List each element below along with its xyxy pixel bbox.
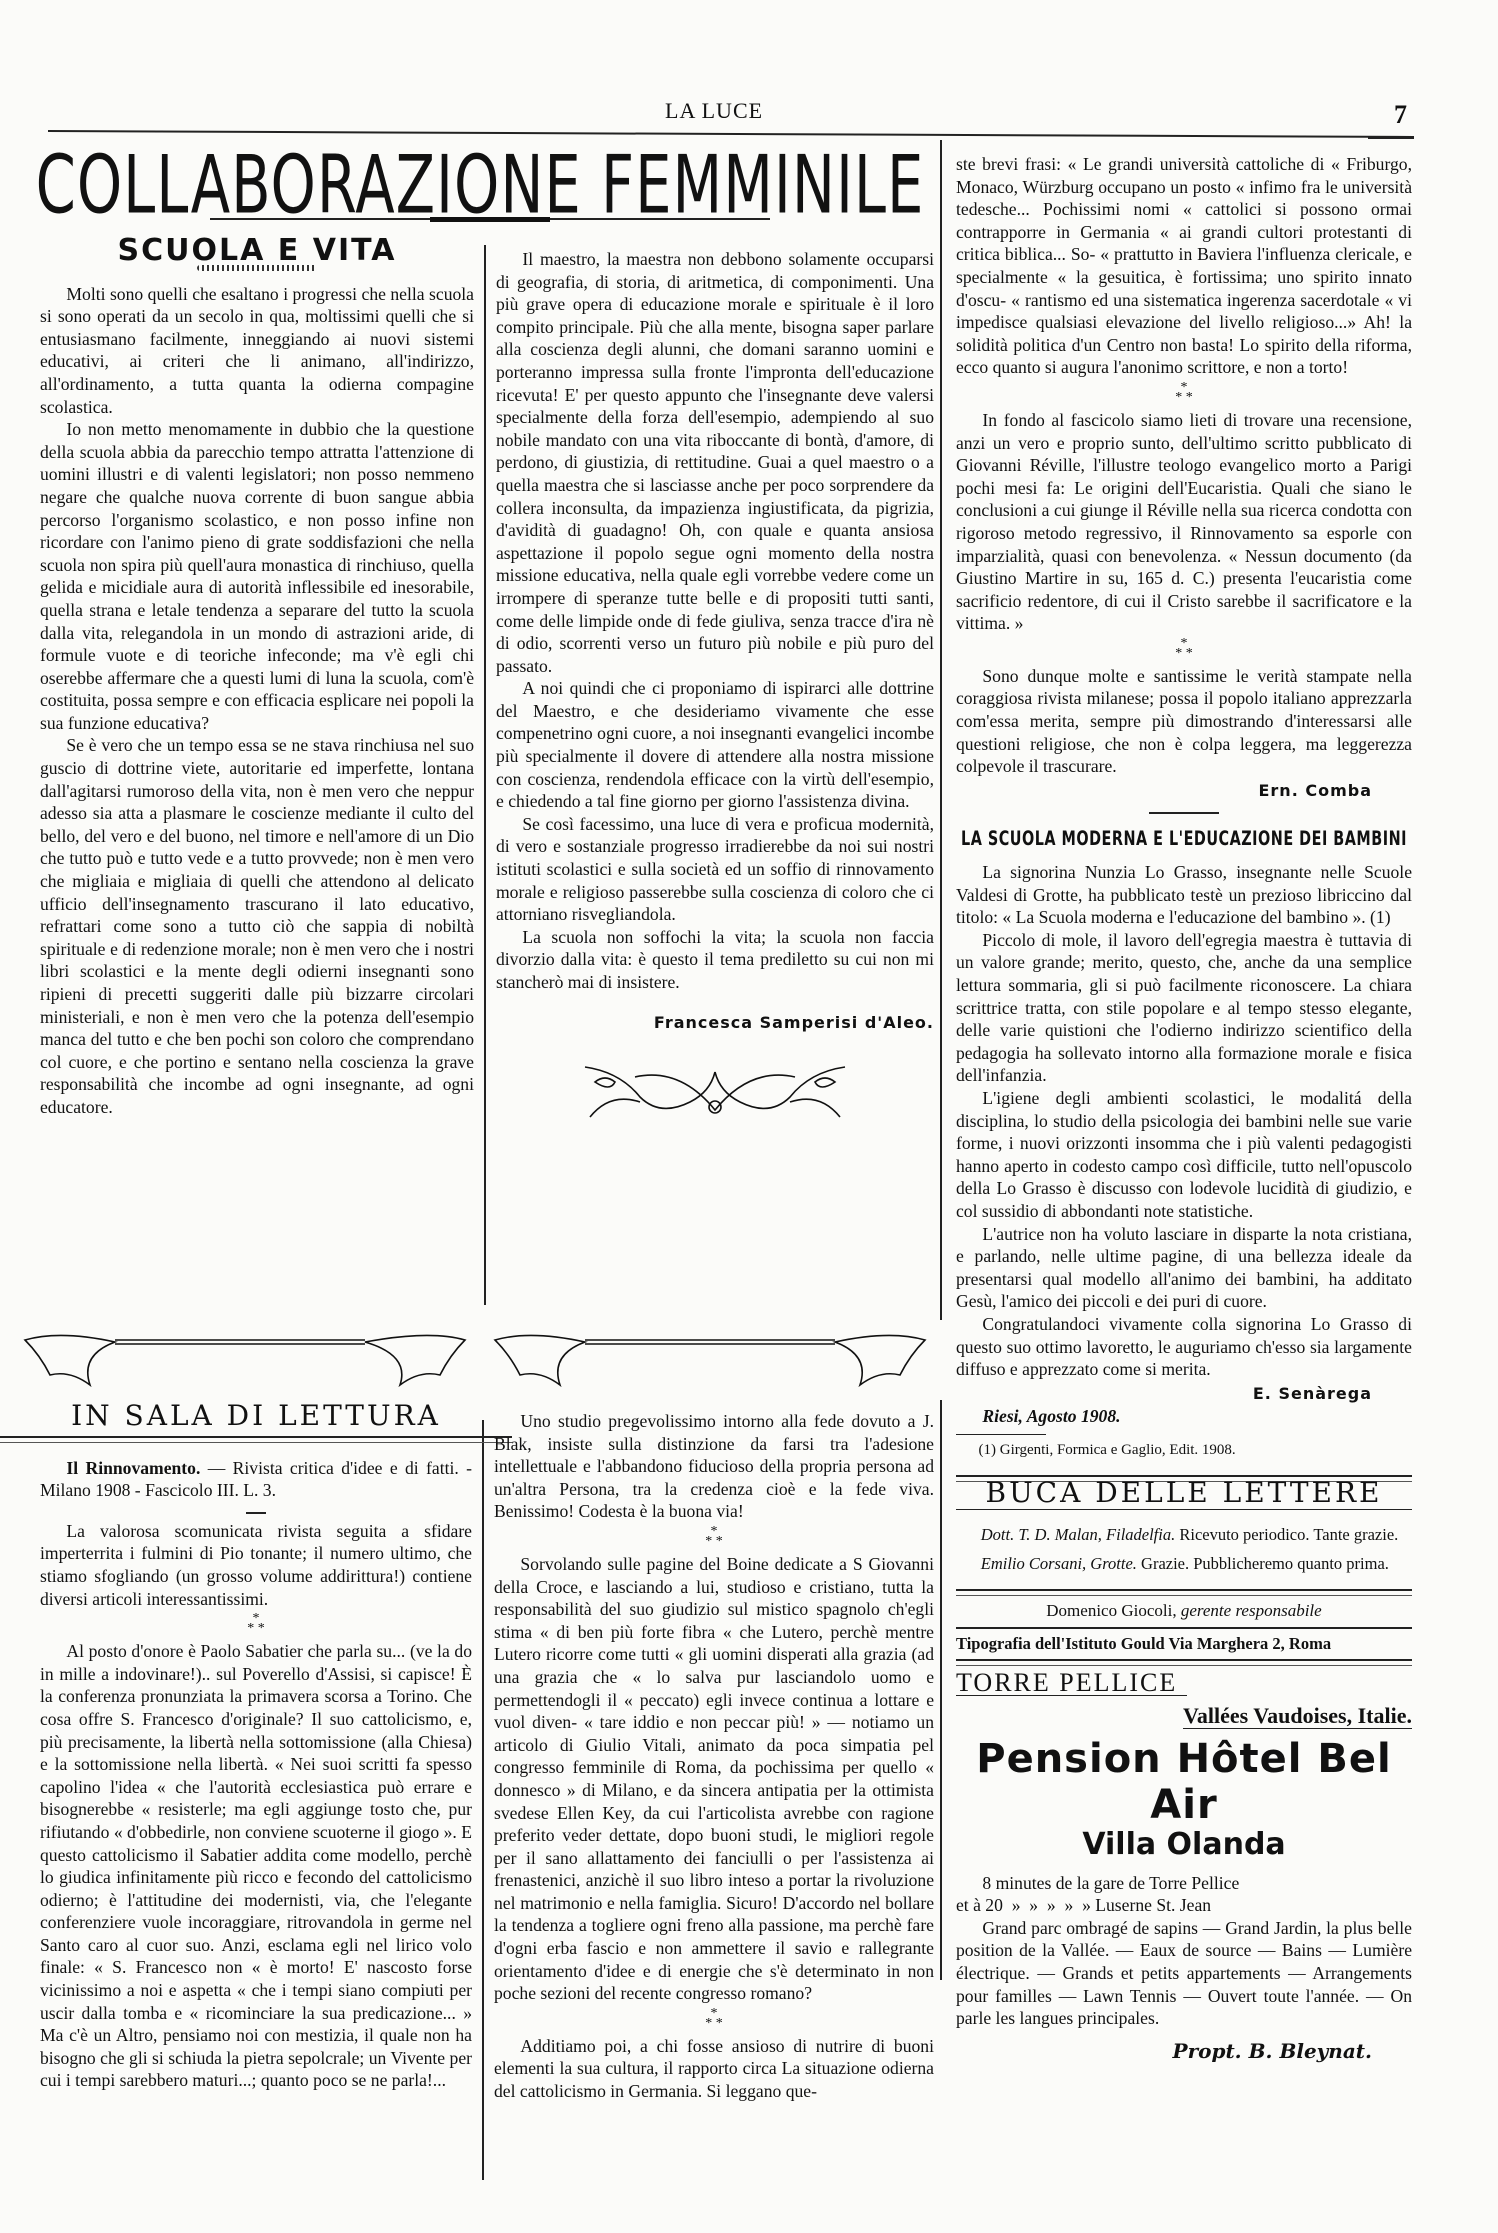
right-column: ste brevi frasi: « Le grandi università … xyxy=(956,153,1412,2062)
asterism-icon: ** * xyxy=(956,639,1412,659)
running-head: LA LUCE 7 xyxy=(0,92,1498,132)
paragraph: ste brevi frasi: « Le grandi università … xyxy=(956,153,1412,379)
paragraph: Il maestro, la maestra non debbono solam… xyxy=(496,248,934,677)
ad-location: TORRE PELLICE xyxy=(956,1672,1187,1696)
section-title-sala-lettura: IN SALA DI LETTURA xyxy=(40,1405,472,1428)
paragraph: A noi quindi che ci proponiamo di ispira… xyxy=(496,677,934,813)
double-rule xyxy=(0,1436,512,1443)
footnote-rule xyxy=(956,1434,1046,1435)
review-heading: Il Rinnovamento. — Rivista critica d'ide… xyxy=(40,1457,472,1502)
short-rule xyxy=(1149,812,1219,814)
paragraph: Uno studio pregevolissimo intorno alla f… xyxy=(494,1410,934,1523)
paragraph: Piccolo di mole, il lavoro dell'egregia … xyxy=(956,929,1412,1087)
newspaper-title: LA LUCE xyxy=(665,98,763,124)
article-title: SCUOLA E VITA xyxy=(40,240,474,263)
ad-description: Grand parc ombragé de sapins — Grand Jar… xyxy=(956,1917,1412,2030)
asterism-icon: ** * xyxy=(40,1614,472,1634)
asterism-icon: ** * xyxy=(494,2009,934,2029)
colophon-printer: Tipografia dell'Istituto Gould Via Margh… xyxy=(956,1633,1412,1656)
paragraph: L'igiene degli ambienti scolastici, le m… xyxy=(956,1087,1412,1223)
floral-ornament-icon xyxy=(496,1062,934,1122)
place-date: Riesi, Agosto 1908. xyxy=(956,1405,1412,1428)
paragraph: Additiamo poi, a chi fosse ansioso di nu… xyxy=(494,2035,934,2103)
sala-lettura-col2: Uno studio pregevolissimo intorno alla f… xyxy=(494,1410,934,2103)
article-scuola-e-vita-col1: SCUOLA E VITA Molti sono quelli che esal… xyxy=(40,240,474,1119)
ad-distance: et à 20 » » » » » Luserne St. Jean xyxy=(956,1894,1412,1917)
column-divider xyxy=(484,245,486,1305)
column-divider xyxy=(940,1400,942,1980)
ad-distance: 8 minutes de la gare de Torre Pellice xyxy=(956,1872,1412,1895)
double-rule xyxy=(956,1659,1412,1666)
paragraph: Congratulandoci vivamente colla signorin… xyxy=(956,1313,1412,1381)
article-title: LA SCUOLA MODERNA E L'EDUCAZIONE DEI BAM… xyxy=(956,826,1412,853)
ad-region: Vallées Vaudoises, Italie. xyxy=(956,1705,1412,1728)
colophon-manager: Domenico Giocoli, gerente responsabile xyxy=(956,1600,1412,1623)
paragraph: La valorosa scomunicata rivista seguita … xyxy=(40,1520,472,1610)
paragraph: Al posto d'onore è Paolo Sabatier che pa… xyxy=(40,1640,472,2092)
author-signature: Francesca Samperisi d'Aleo. xyxy=(496,1012,934,1035)
asterism-icon: ** * xyxy=(956,383,1412,403)
section-title-buca-lettere: BUCA DELLE LETTERE xyxy=(956,1482,1412,1505)
paragraph: Sorvolando sulle pagine del Boine dedica… xyxy=(494,1553,934,2005)
footnote: (1) Girgenti, Formica e Gaglio, Edit. 19… xyxy=(956,1439,1412,1462)
double-rule xyxy=(956,1589,1412,1596)
paragraph: Sono dunque molte e santissime le verità… xyxy=(956,665,1412,778)
page-number: 7 xyxy=(1394,100,1407,130)
author-signature: Ern. Comba xyxy=(956,780,1412,803)
letter-reply: Dott. T. D. Malan, Filadelfia. Ricevuto … xyxy=(956,1524,1412,1547)
paragraph: La scuola non soffochi la vita; la scuol… xyxy=(496,926,934,994)
short-rule xyxy=(246,1512,266,1514)
letter-reply: Emilio Corsani, Grotte. Grazie. Pubblich… xyxy=(956,1553,1412,1576)
rule xyxy=(956,1509,1412,1510)
advertisement: TORRE PELLICE Vallées Vaudoises, Italie.… xyxy=(956,1672,1412,2062)
paragraph: Molti sono quelli che esaltano i progres… xyxy=(40,283,474,419)
paragraph: L'autrice non ha voluto lasciare in disp… xyxy=(956,1223,1412,1313)
paragraph: La signorina Nunzia Lo Grasso, insegnant… xyxy=(956,861,1412,929)
author-signature: E. Senàrega xyxy=(956,1383,1412,1406)
banner-rule xyxy=(210,218,770,220)
ad-villa-name: Villa Olanda xyxy=(956,1828,1412,1862)
article-scuola-e-vita-col2: Il maestro, la maestra non debbono solam… xyxy=(496,248,934,1122)
asterism-icon: ** * xyxy=(494,1527,934,1547)
rule xyxy=(956,1627,1412,1629)
header-rule xyxy=(48,130,1413,138)
header-rule-end xyxy=(1368,136,1414,139)
section-frame-ornament-icon xyxy=(490,1330,930,1390)
paragraph: Se così facessimo, una luce di vera e pr… xyxy=(496,813,934,926)
sala-lettura-col1: IN SALA DI LETTURA Il Rinnovamento. — Ri… xyxy=(40,1405,472,2092)
section-frame-ornament-icon xyxy=(20,1330,470,1390)
ad-proprietor: Propt. B. Bleynat. xyxy=(956,2040,1412,2063)
column-divider xyxy=(940,140,942,1320)
paragraph: Io non metto menomamente in dubbio che l… xyxy=(40,418,474,734)
column-divider xyxy=(482,1420,484,2180)
paragraph: In fondo al fascicolo siamo lieti di tro… xyxy=(956,409,1412,635)
ad-hotel-name: Pension Hôtel Bel Air xyxy=(956,1736,1412,1828)
paragraph: Se è vero che un tempo essa se ne stava … xyxy=(40,734,474,1118)
